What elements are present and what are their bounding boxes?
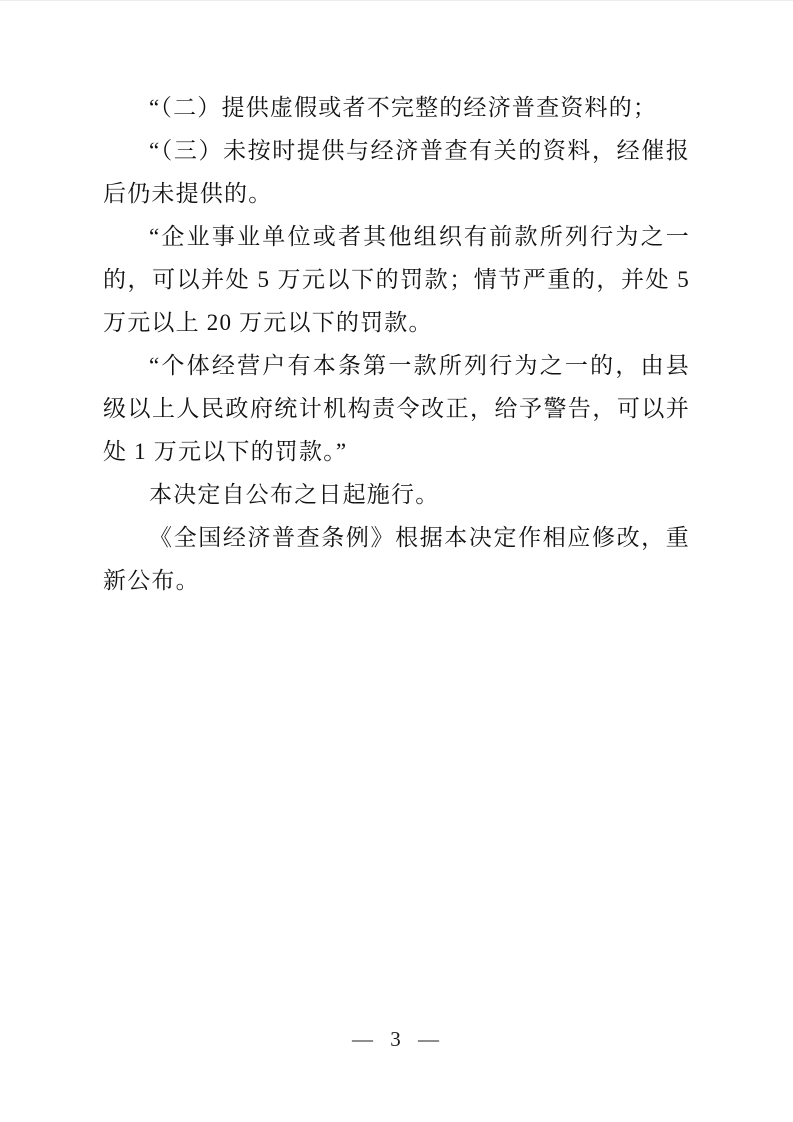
document-body: “（二）提供虚假或者不完整的经济普查资料的； “（三）未按时提供与经济普查有关的… [103, 86, 690, 602]
document-page: “（二）提供虚假或者不完整的经济普查资料的； “（三）未按时提供与经济普查有关的… [0, 0, 793, 1122]
paragraph-republish-note: 《全国经济普查条例》根据本决定作相应修改，重新公布。 [103, 516, 690, 602]
paragraph-effective-date: 本决定自公布之日起施行。 [103, 473, 690, 516]
paragraph-individual-penalty: “个体经营户有本条第一款所列行为之一的，由县级以上人民政府统计机构责令改正，给予… [103, 344, 690, 473]
paragraph-enterprise-penalty: “企业事业单位或者其他组织有前款所列行为之一的，可以并处 5 万元以下的罚款；情… [103, 215, 690, 344]
page-number: — 3 — [352, 1027, 441, 1051]
paragraph-clause-2: “（二）提供虚假或者不完整的经济普查资料的； [103, 86, 690, 129]
paragraph-clause-3: “（三）未按时提供与经济普查有关的资料，经催报后仍未提供的。 [103, 129, 690, 215]
page-footer: — 3 — [0, 1027, 793, 1052]
